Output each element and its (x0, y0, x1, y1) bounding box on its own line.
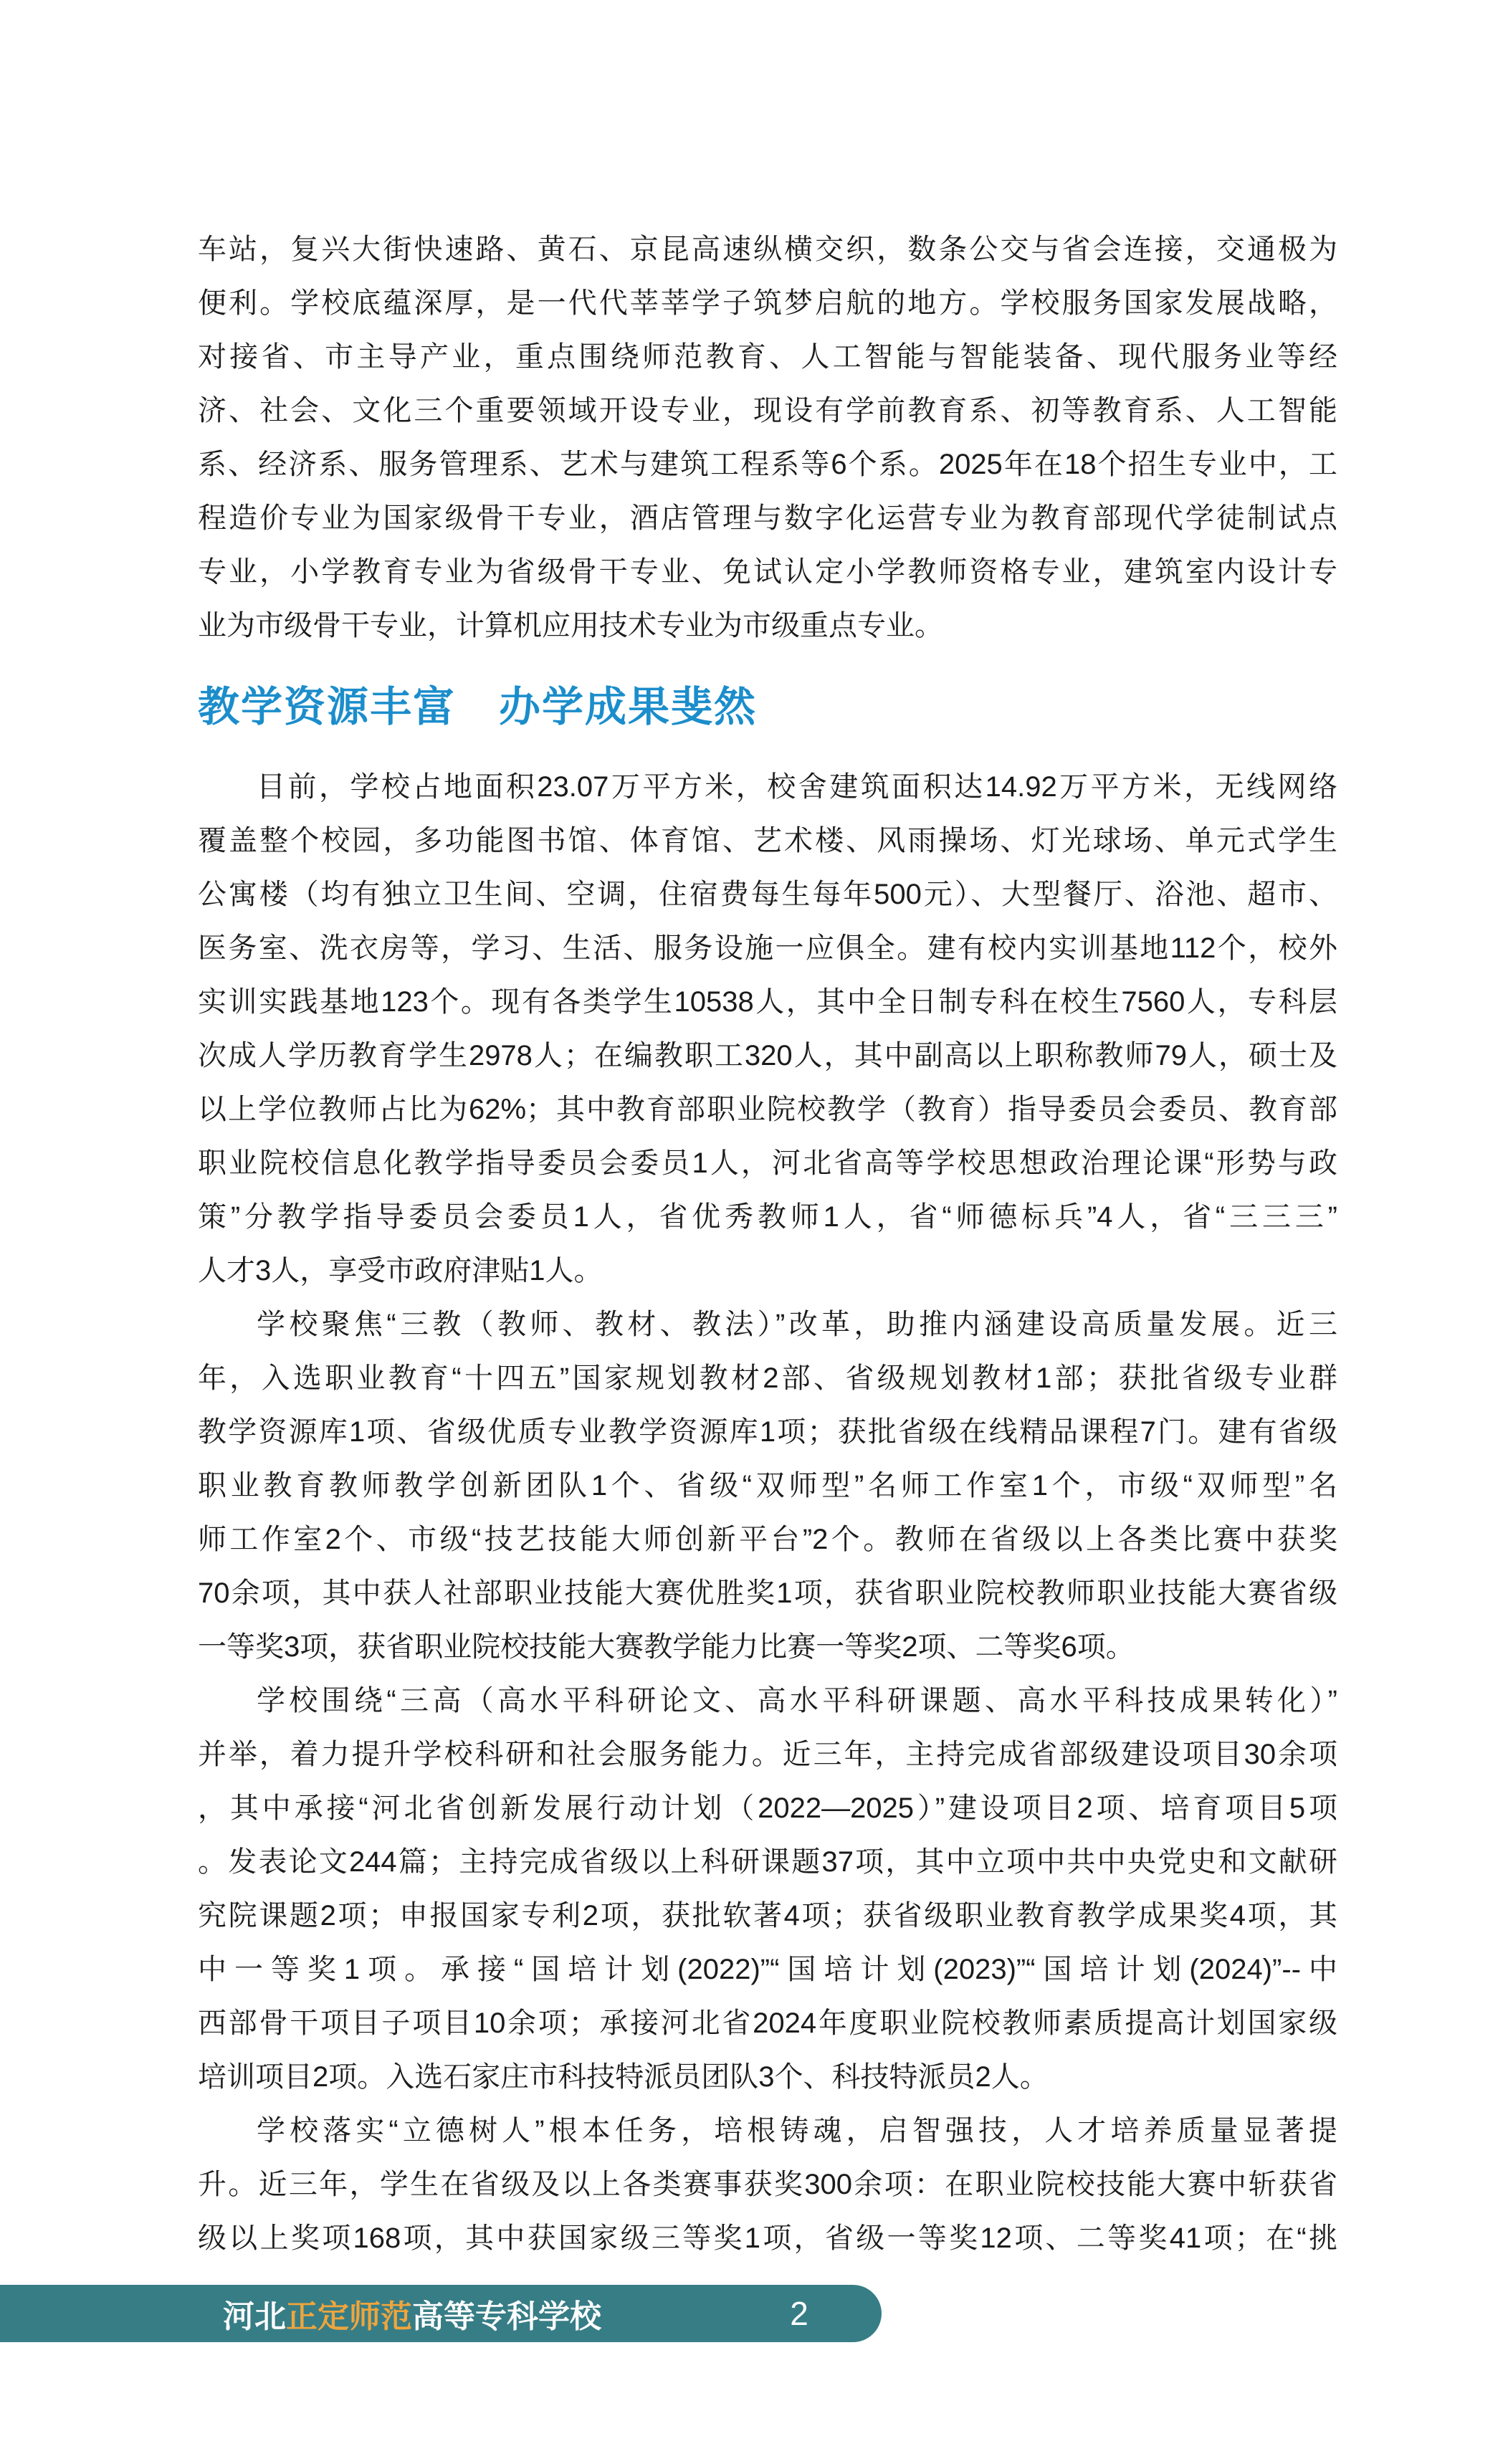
text-line: 实训实践基地123个。现有各类学生10538人，其中全日制专科在校生7560人，… (198, 975, 1337, 1029)
text-line: 目前，学校占地面积23.07万平方米，校舍建筑面积达14.92万平方米，无线网络 (198, 760, 1337, 814)
text-line: 职业教育教师教学创新团队1个、省级“双师型”名师工作室1个，市级“双师型”名 (198, 1459, 1337, 1513)
text-line: 策”分教学指导委员会委员1人，省优秀教师1人，省“师德标兵”4人，省“三三三” (198, 1190, 1337, 1244)
text-line: 程造价专业为国家级骨干专业，酒店管理与数字化运营专业为教育部现代学徒制试点 (198, 492, 1337, 545)
para-research-service: 学校围绕“三高（高水平科研论文、高水平科研课题、高水平科技成果转化）”并举，着力… (198, 1674, 1337, 2104)
footer-bar: 河北正定师范高等专科学校 2 (0, 2285, 882, 2342)
text-line: 系、经济系、服务管理系、艺术与建筑工程系等6个系。2025年在18个招生专业中，… (198, 438, 1337, 492)
text-line: 职业院校信息化教学指导委员会委员1人，河北省高等学校思想政治理论课“形势与政 (198, 1137, 1337, 1190)
text-line: 济、社会、文化三个重要领域开设专业，现设有学前教育系、初等教育系、人工智能 (198, 384, 1337, 438)
text-line: 。发表论文244篇；主持完成省级以上科研课题37项，其中立项中共中央党史和文献研 (198, 1835, 1337, 1889)
text-line: 公寓楼（均有独立卫生间、空调，住宿费每生每年500元）、大型餐厅、浴池、超市、 (198, 868, 1337, 922)
text-line: 医务室、洗衣房等，学习、生活、服务设施一应俱全。建有校内实训基地112个，校外 (198, 922, 1337, 975)
text-line: 覆盖整个校园，多功能图书馆、体育馆、艺术楼、风雨操场、灯光球场、单元式学生 (198, 814, 1337, 868)
text-line: 便利。学校底蕴深厚，是一代代莘莘学子筑梦启航的地方。学校服务国家发展战略， (198, 277, 1337, 330)
text-line: 究院课题2项；申报国家专利2项，获批软著4项；获省级职业教育教学成果奖4项，其 (198, 1889, 1337, 1943)
para-campus-resources: 目前，学校占地面积23.07万平方米，校舍建筑面积达14.92万平方米，无线网络… (198, 760, 1337, 1298)
page-body: 车站，复兴大街快速路、黄石、京昆高速纵横交织，数条公交与省会连接，交通极为便利。… (198, 223, 1337, 2265)
text-line: 级以上奖项168项，其中获国家级三等奖1项，省级一等奖12项、二等奖41项；在“… (198, 2212, 1337, 2265)
text-line: 并举，着力提升学校科研和社会服务能力。近三年，主持完成省部级建设项目30余项 (198, 1728, 1337, 1782)
text-line: 70余项，其中获人社部职业技能大赛优胜奖1项，获省职业院校教师职业技能大赛省级 (198, 1567, 1337, 1620)
text-line: 学校围绕“三高（高水平科研论文、高水平科研课题、高水平科技成果转化）” (198, 1674, 1337, 1728)
school-name-highlight: 正定师范 (286, 2299, 412, 2334)
para-talent-cultivation: 学校落实“立德树人”根本任务，培根铸魂，启智强技，人才培养质量显著提升。近三年，… (198, 2104, 1337, 2265)
text-line: 以上学位教师占比为62%；其中教育部职业院校教学（教育）指导委员会委员、教育部 (198, 1083, 1337, 1137)
school-name-prefix: 河北 (223, 2299, 286, 2334)
page-number: 2 (778, 2294, 821, 2333)
text-line: 人才3人，享受市政府津贴1人。 (198, 1244, 1337, 1298)
text-line: 专业，小学教育专业为省级骨干专业、免试认定小学教师资格专业，建筑室内设计专 (198, 545, 1337, 599)
text-line: 培训项目2项。入选石家庄市科技特派员团队3个、科技特派员2人。 (198, 2050, 1337, 2104)
text-line: ，其中承接“河北省创新发展行动计划（2022—2025）”建设项目2项、培育项目… (198, 1782, 1337, 1835)
para-intro-continued: 车站，复兴大街快速路、黄石、京昆高速纵横交织，数条公交与省会连接，交通极为便利。… (198, 223, 1337, 653)
text-line: 一等奖3项，获省职业院校技能大赛教学能力比赛一等奖2项、二等奖6项。 (198, 1620, 1337, 1674)
text-line: 对接省、市主导产业，重点围绕师范教育、人工智能与智能装备、现代服务业等经 (198, 330, 1337, 384)
text-line: 年，入选职业教育“十四五”国家规划教材2部、省级规划教材1部；获批省级专业群 (198, 1352, 1337, 1405)
text-line: 业为市级骨干专业，计算机应用技术专业为市级重点专业。 (198, 599, 1337, 653)
text-line: 车站，复兴大街快速路、黄石、京昆高速纵横交织，数条公交与省会连接，交通极为 (198, 223, 1337, 277)
section-heading: 教学资源丰富 办学成果斐然 (198, 653, 1337, 760)
text-line: 中一等奖1项。承接“国培计划(2022)”“国培计划(2023)”“国培计划(2… (198, 1943, 1337, 1997)
text-line: 西部骨干项目子项目10余项；承接河北省2024年度职业院校教师素质提高计划国家级 (198, 1997, 1337, 2050)
text-line: 学校聚焦“三教（教师、教材、教法）”改革，助推内涵建设高质量发展。近三 (198, 1298, 1337, 1352)
text-line: 升。近三年，学生在省级及以上各类赛事获奖300余项：在职业院校技能大赛中斩获省 (198, 2158, 1337, 2212)
text-line: 教学资源库1项、省级优质专业教学资源库1项；获批省级在线精品课程7门。建有省级 (198, 1405, 1337, 1459)
text-line: 次成人学历教育学生2978人；在编教职工320人，其中副高以上职称教师79人，硕… (198, 1029, 1337, 1083)
text-line: 师工作室2个、市级“技艺技能大师创新平台”2个。教师在省级以上各类比赛中获奖 (198, 1513, 1337, 1567)
text-line: 学校落实“立德树人”根本任务，培根铸魂，启智强技，人才培养质量显著提 (198, 2104, 1337, 2158)
para-teaching-reform: 学校聚焦“三教（教师、教材、教法）”改革，助推内涵建设高质量发展。近三年，入选职… (198, 1298, 1337, 1674)
school-name: 河北正定师范高等专科学校 (223, 2291, 601, 2336)
school-name-suffix: 高等专科学校 (412, 2299, 601, 2334)
document-page: 车站，复兴大街快速路、黄石、京昆高速纵横交织，数条公交与省会连接，交通极为便利。… (0, 0, 1508, 2464)
